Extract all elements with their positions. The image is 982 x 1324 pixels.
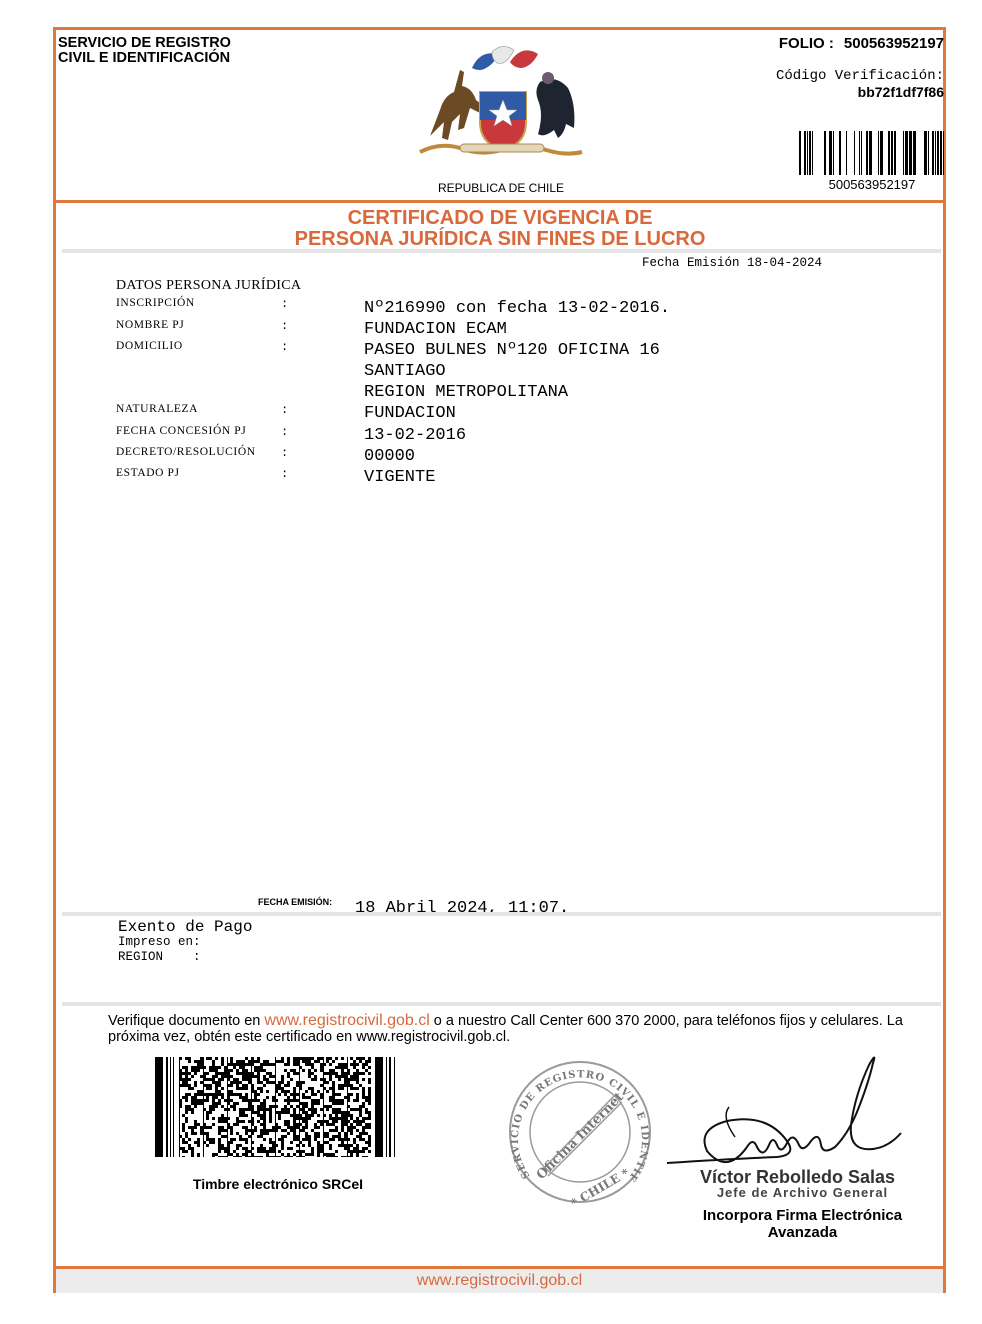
issue-date-top: Fecha Emisión 18-04-2024: [642, 256, 822, 270]
handwritten-signature-icon: [665, 1055, 935, 1170]
issuer-line-1: SERVICIO DE REGISTRO: [58, 36, 231, 51]
header-divider: [53, 200, 946, 203]
barcode-icon: [799, 131, 945, 175]
field-value: 13-02-2016: [364, 425, 466, 446]
field-label: ESTADO PJ: [116, 467, 180, 479]
field-colon: :: [281, 467, 288, 481]
stamp-outer-text: SERVICIO DE REGISTRO CIVIL E IDENTIFICAC…: [500, 1058, 650, 1184]
footer-url[interactable]: www.registrocivil.gob.cl: [56, 1272, 943, 1290]
emission-label: FECHA EMISIÓN:: [258, 897, 332, 907]
verify-divider: [62, 1002, 941, 1006]
section-title: DATOS PERSONA JURÍDICA: [116, 278, 301, 294]
title-line-1: CERTIFICADO DE VIGENCIA DE: [200, 208, 800, 229]
field-colon: :: [281, 425, 288, 439]
verification-instructions: Verifique documento en www.registrocivil…: [108, 1013, 918, 1045]
region-label: REGION :: [118, 950, 201, 964]
signer-role: Jefe de Archivo General: [680, 1185, 925, 1200]
issuer-line-2: CIVIL E IDENTIFICACIÓN: [58, 51, 231, 66]
barcode-number: 500563952197: [799, 177, 945, 192]
field-colon: :: [281, 297, 288, 311]
field-colon: :: [281, 340, 288, 354]
field-value: VIGENTE: [364, 467, 435, 488]
folio-value: 500563952197: [844, 35, 944, 52]
folio: FOLIO :500563952197: [779, 35, 944, 52]
field-value: Nº216990 con fecha 13-02-2016.: [364, 298, 670, 319]
firma-line-1: Incorpora Firma Electrónica: [680, 1207, 925, 1224]
title-line-2: PERSONA JURÍDICA SIN FINES DE LUCRO: [200, 229, 800, 250]
folio-label: FOLIO :: [779, 35, 834, 52]
svg-text:SERVICIO DE REGISTRO CIVIL E I: SERVICIO DE REGISTRO CIVIL E IDENTIFICAC…: [500, 1058, 650, 1184]
title-divider: [62, 249, 941, 253]
payment-status: Exento de Pago: [118, 918, 252, 936]
issuer-name: SERVICIO DE REGISTRO CIVIL E IDENTIFICAC…: [58, 36, 231, 66]
official-stamp-icon: SERVICIO DE REGISTRO CIVIL E IDENTIFICAC…: [500, 1058, 660, 1206]
field-value: FUNDACION: [364, 403, 456, 424]
firma-line-2: Avanzada: [680, 1224, 925, 1241]
field-value: FUNDACION ECAM: [364, 319, 507, 340]
coat-of-arms-caption: REPUBLICA DE CHILE: [420, 181, 582, 195]
field-value: PASEO BULNES Nº120 OFICINA 16 SANTIAGO R…: [364, 340, 660, 403]
field-label: DOMICILIO: [116, 340, 183, 352]
field-label: DECRETO/RESOLUCIÓN: [116, 446, 256, 458]
field-colon: :: [281, 403, 288, 417]
pdf417-barcode-icon: [155, 1057, 401, 1157]
field-label: NOMBRE PJ: [116, 319, 184, 331]
field-value: 00000: [364, 446, 415, 467]
verification-code: bb72f1df7f86: [858, 84, 944, 100]
field-label: NATURALEZA: [116, 403, 198, 415]
verification-label: Código Verificación:: [776, 68, 944, 84]
field-colon: :: [281, 319, 288, 333]
chile-coat-of-arms-icon: [410, 40, 592, 168]
field-label: FECHA CONCESIÓN PJ: [116, 425, 246, 437]
timbre-label: Timbre electrónico SRCeI: [150, 1176, 406, 1192]
printed-in-label: Impreso en:: [118, 935, 201, 949]
signer-name: Víctor Rebolledo Salas: [680, 1168, 915, 1186]
emission-divider: [62, 912, 941, 916]
electronic-signature-note: Incorpora Firma Electrónica Avanzada: [680, 1207, 925, 1241]
field-colon: :: [281, 446, 288, 460]
field-label: INSCRIPCIÓN: [116, 297, 195, 309]
certificate-title: CERTIFICADO DE VIGENCIA DE PERSONA JURÍD…: [200, 208, 800, 250]
verify-link[interactable]: www.registrocivil.gob.cl: [264, 1012, 429, 1029]
verify-prefix: Verifique documento en: [108, 1013, 264, 1029]
